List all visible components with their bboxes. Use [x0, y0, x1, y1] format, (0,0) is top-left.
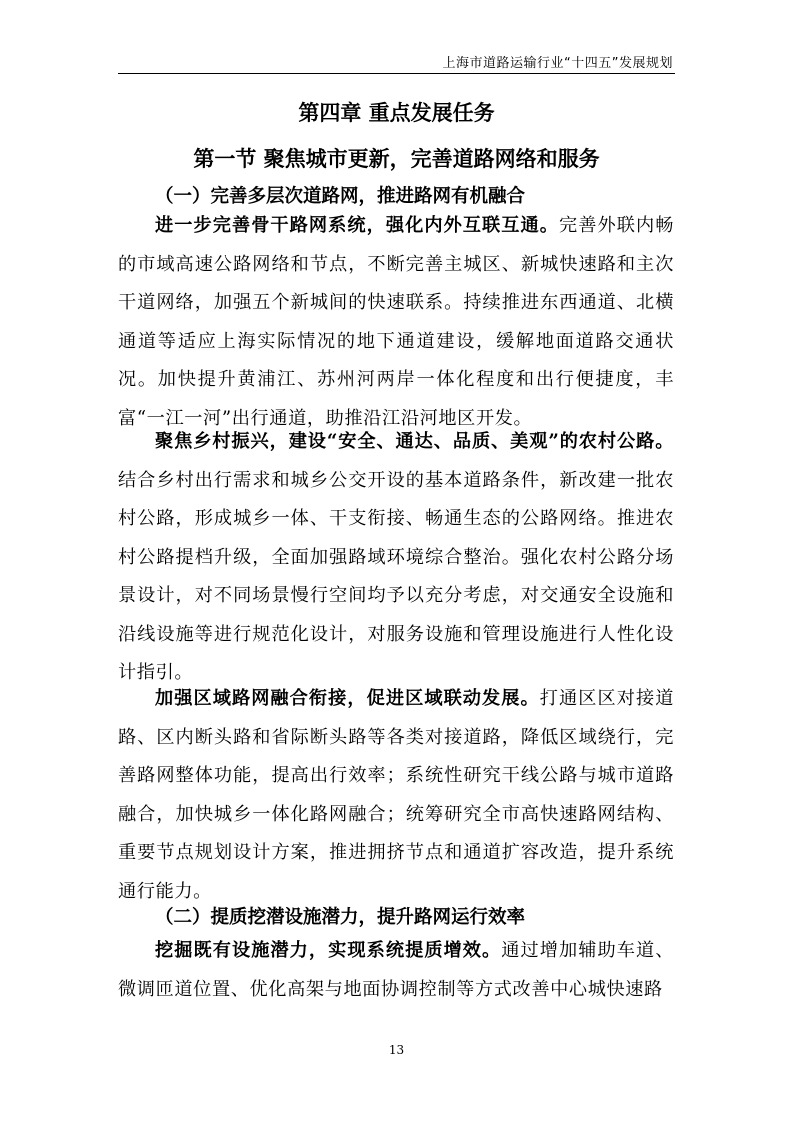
running-header: 上海市道路运输行业“十四五”发展规划: [443, 52, 673, 71]
paragraph-1: 进一步完善骨干路网系统，强化内外互联互通。完善外联内畅的市域高速公路网络和节点，…: [118, 207, 674, 438]
paragraph-3: 加强区域路网融合衔接，促进区域联动发展。打通区区对接道路、区内断头路和省际断头路…: [118, 680, 674, 911]
paragraph-lead: 进一步完善骨干路网系统，强化内外互联互通。: [155, 215, 559, 236]
subsection-title-1: （一）完善多层次道路网，推进路网有机融合: [155, 182, 525, 208]
paragraph-lead: 聚焦乡村振兴，建设“安全、通达、品质、美观”的农村公路。: [155, 431, 674, 452]
subsection-title-2: （二）提质挖潜设施潜力，提升路网运行效率: [155, 903, 525, 929]
chapter-title: 第四章 重点发展任务: [0, 97, 793, 127]
paragraph-4: 挖掘既有设施潜力，实现系统提质增效。通过增加辅助车道、微调匝道位置、优化高架与地…: [118, 932, 674, 1009]
paragraph-body: 完善外联内畅的市域高速公路网络和节点，不断完善主城区、新城快速路和主次干道网络，…: [118, 215, 674, 429]
page-number: 13: [0, 1043, 793, 1057]
paragraph-body: 打通区区对接道路、区内断头路和省际断头路等各类对接道路，降低区域绕行，完善路网整…: [118, 688, 674, 902]
paragraph-lead: 挖掘既有设施潜力，实现系统提质增效。: [155, 940, 501, 961]
section-title: 第一节 聚焦城市更新，完善道路网络和服务: [0, 143, 793, 173]
paragraph-lead: 加强区域路网融合衔接，促进区域联动发展。: [155, 688, 540, 709]
header-divider: [118, 73, 675, 74]
paragraph-body: 结合乡村出行需求和城乡公交开设的基本道路条件，新改建一批农村公路，形成城乡一体、…: [118, 470, 674, 684]
paragraph-2: 聚焦乡村振兴，建设“安全、通达、品质、美观”的农村公路。结合乡村出行需求和城乡公…: [118, 423, 674, 693]
